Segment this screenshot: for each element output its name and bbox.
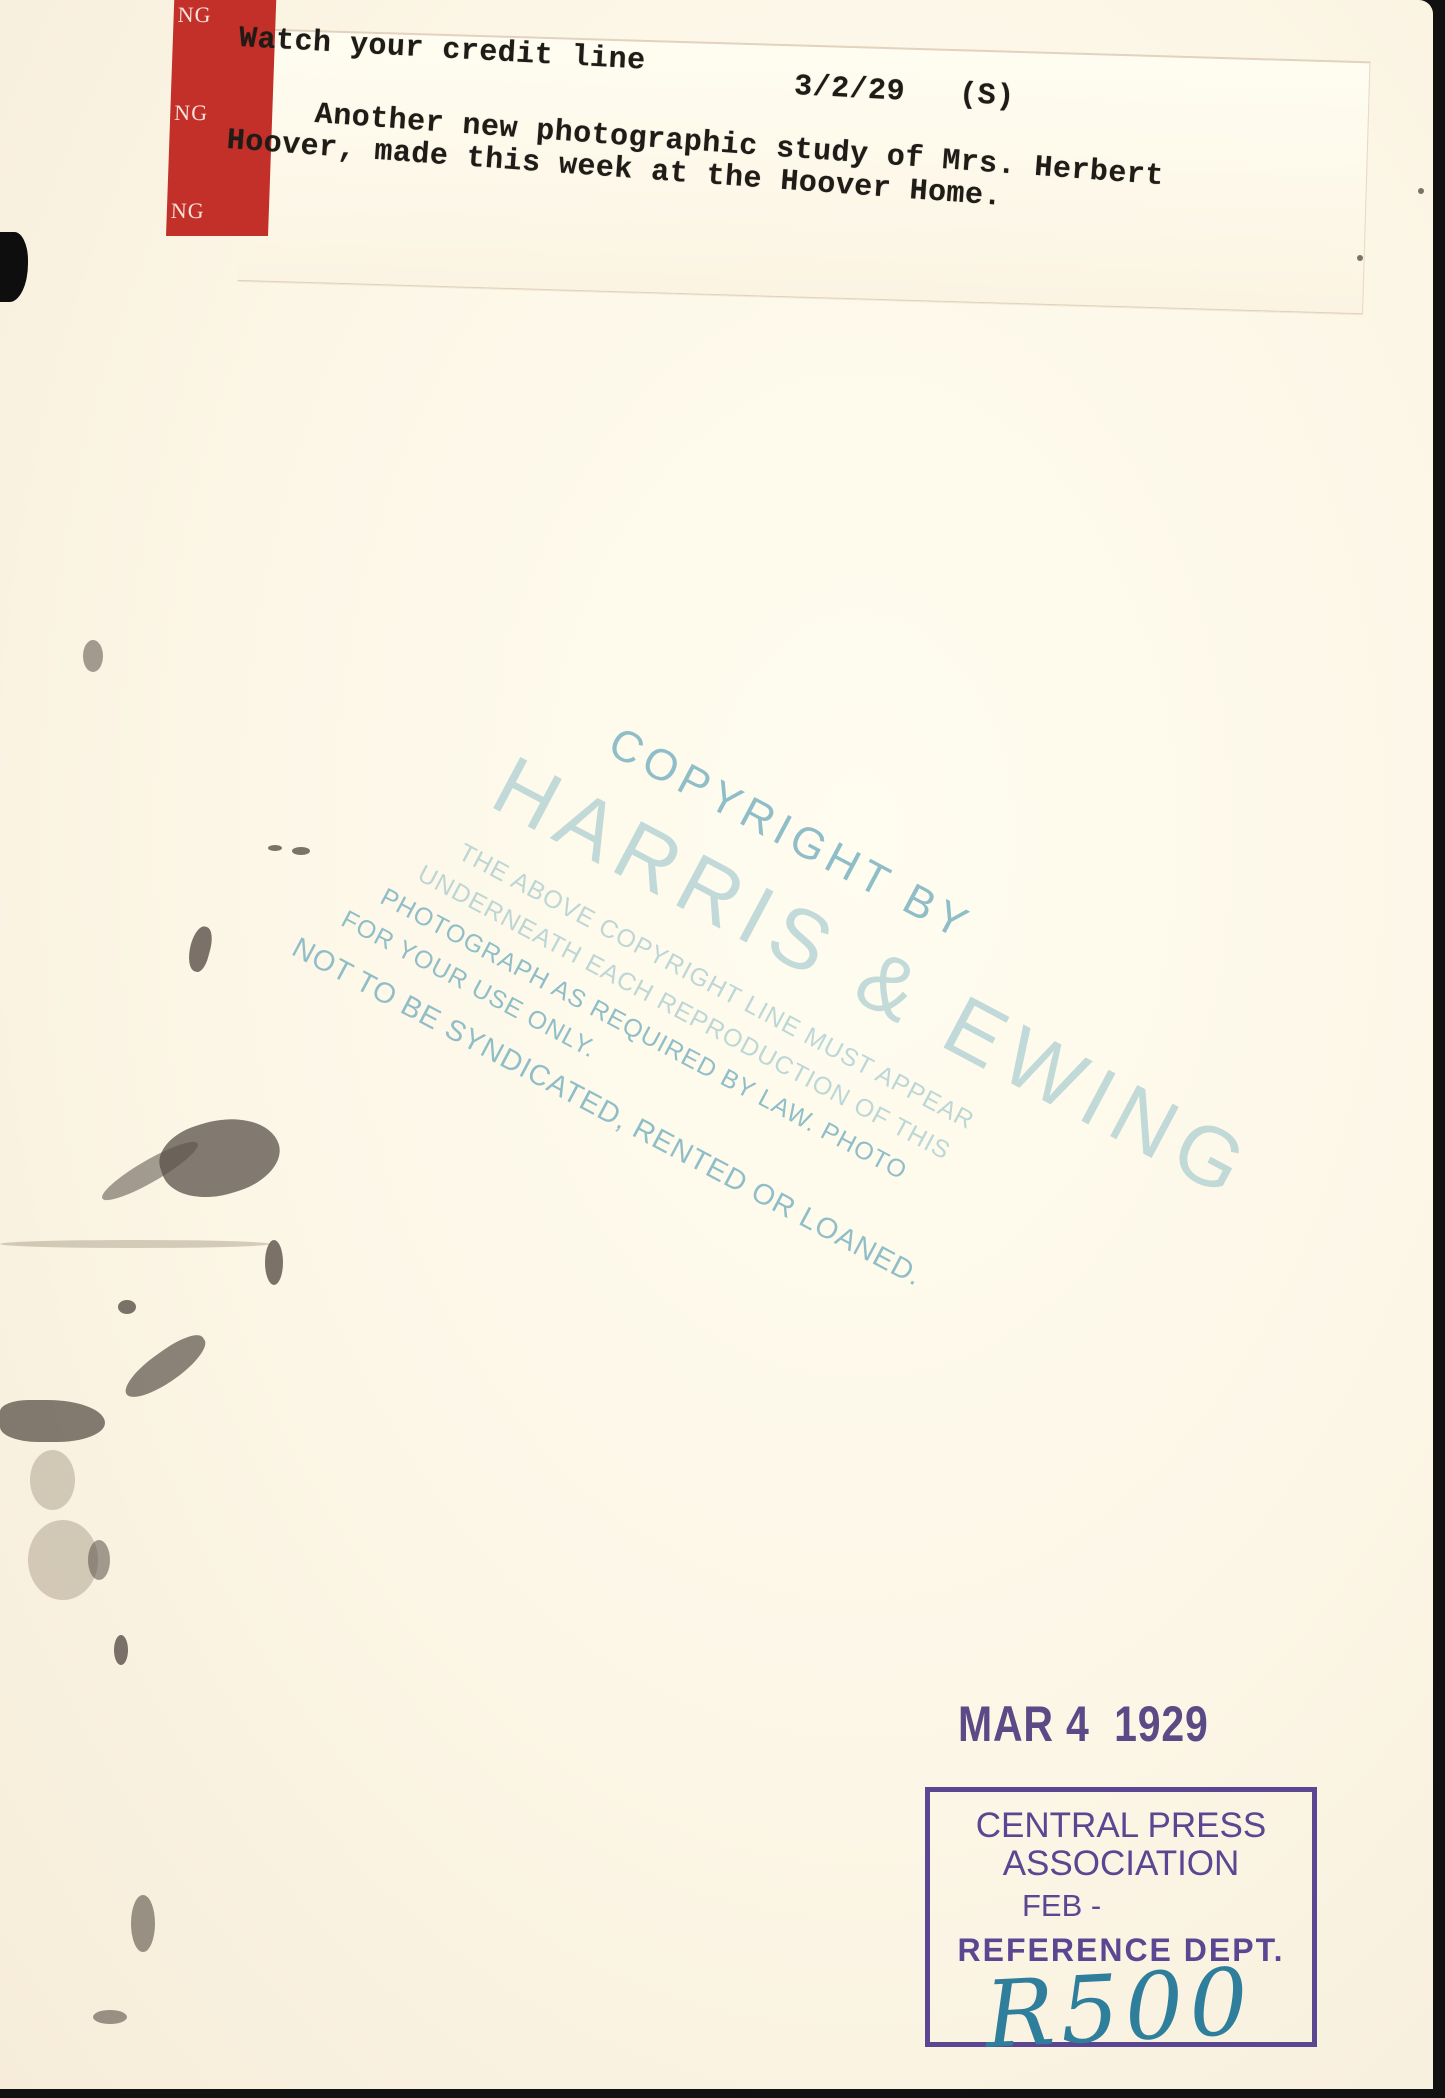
stain-mark	[268, 845, 282, 851]
tab-fragment: NG	[174, 100, 209, 126]
stamp-line-month: FEB -	[1022, 1888, 1101, 1924]
stain-mark	[30, 1450, 75, 1510]
torn-edge-chip	[0, 232, 28, 302]
received-date-stamp: MAR 4 1929	[958, 1695, 1209, 1753]
photo-back-paper: NG NG NG Watch your credit line 3/2/29 (…	[0, 0, 1433, 2089]
stain-mark	[131, 1895, 155, 1952]
stain-mark	[114, 1635, 128, 1665]
stain-mark	[265, 1240, 283, 1285]
stain-mark	[0, 1400, 105, 1442]
stamp-line-association: ASSOCIATION	[930, 1844, 1312, 1884]
stain-mark	[1357, 255, 1363, 261]
stain-mark	[184, 924, 215, 974]
stain-mark	[118, 1327, 213, 1406]
caption-date: 3/2/29	[793, 70, 906, 110]
stain-line	[0, 1240, 270, 1248]
stamp-line-agency: CENTRAL PRESS	[930, 1806, 1312, 1846]
stain-mark	[88, 1540, 110, 1580]
stain-mark	[292, 847, 310, 855]
tab-fragment: NG	[170, 198, 205, 224]
copyright-stamp: COPYRIGHT BY HARRIS & EWING THE ABOVE CO…	[189, 650, 1104, 1466]
tab-fragment: NG	[177, 2, 212, 28]
caption-code: (S)	[958, 78, 1015, 115]
stain-mark	[93, 2010, 127, 2024]
stain-mark	[1418, 188, 1424, 194]
stain-mark	[83, 640, 103, 672]
stain-mark	[118, 1300, 136, 1314]
handwritten-file-number: R500	[982, 1948, 1256, 2069]
